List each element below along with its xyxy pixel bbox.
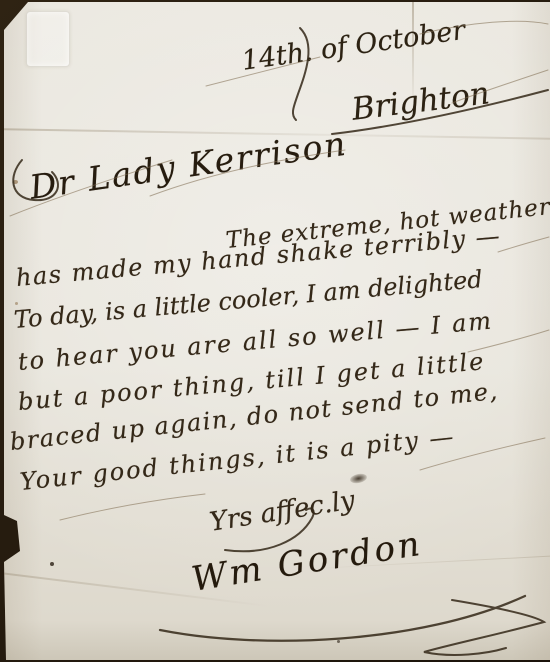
letter-place-line: Brighton — [350, 75, 492, 128]
photo-background: 14th. of October Brighton Dr Lady Kerris… — [0, 0, 550, 662]
letter-closing: Yrs affec.ly — [208, 485, 357, 538]
foxing-spot — [13, 180, 18, 184]
embossed-seal-mark — [26, 11, 70, 67]
letter-salutation: Dr Lady Kerrison — [27, 124, 349, 207]
ink-blot — [349, 472, 367, 484]
letter-paper: 14th. of October Brighton Dr Lady Kerris… — [4, 2, 550, 660]
ink-dot — [337, 640, 340, 643]
letter-date-line: 14th. of October — [240, 15, 467, 77]
ink-dot — [50, 562, 54, 566]
foxing-spot — [15, 302, 18, 305]
